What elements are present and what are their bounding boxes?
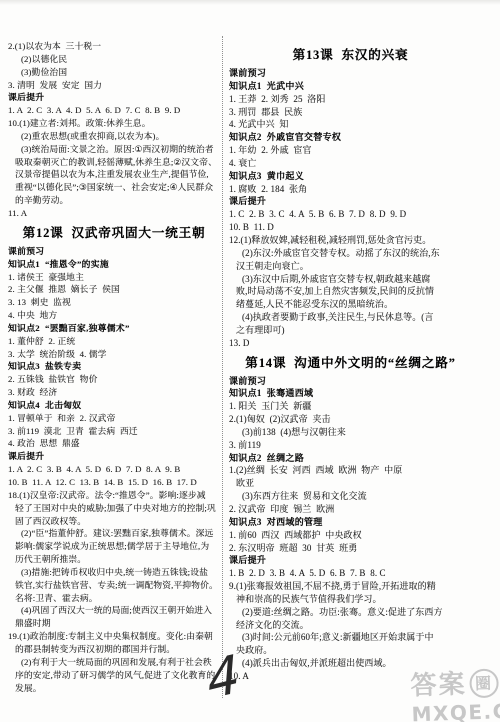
answer-line: 1. 董仲舒 2. 正统 (8, 335, 220, 348)
answer-subline: (4)巩固了西汉大一统的局面;使西汉王朝开始进入 (8, 604, 220, 617)
answer-line: 1. 阳关 玉门关 新疆 (229, 400, 472, 413)
answer-subline: (3)时间:公元前60年;意义:新疆地区开始隶属于中 (229, 631, 472, 644)
answer-line: 1. 诸侯王 豪强地主 (8, 271, 220, 284)
answer-line: 1. A 2. C 3. B 4. A 5. D 6. D 7. D 8. A … (8, 463, 220, 476)
answer-continuation: 铁官,实行盐铁官营、专卖;统一调配物资,平抑物价。 (8, 579, 220, 592)
answer-line: 18.(1)汉皇帝:汉武帝。法令:“推恩令”。影响:逐步减 (8, 489, 220, 502)
section-header: 课后提升 (229, 554, 472, 567)
watermark-brand: 答案 圈 (410, 667, 500, 701)
answer-continuation: 之有理即可) (229, 324, 472, 337)
watermark: 答案 圈 MXQE.COM (410, 667, 500, 722)
watermark-site: MXQE.COM (411, 700, 500, 722)
answer-line: 1. B 2. D 3. B 4. A 5. D 6. B 7. B 8. C (229, 567, 472, 580)
answer-line: 1. 冒顿单于 和亲 2. 汉武帝 (8, 412, 220, 425)
section-header: 课后提升 (229, 195, 472, 208)
lesson-12-title: 第12课 汉武帝巩固大一统王朝 (8, 220, 220, 245)
answer-continuation: 固了西汉政权等。 (8, 515, 220, 528)
handwritten-page-number: 4 (205, 648, 243, 708)
answer-line: 2. 东汉明帝 班超 30 甘英 班勇 (229, 542, 472, 555)
answer-continuation: 绪蔓延,人民不能忍受东汉的黑暗统治。 (229, 298, 472, 311)
answer-subline: (3)措施:把铸币权收归中央,统一铸造五铢钱;设盐 (8, 566, 220, 579)
answer-line: 3. 财政 经济 (8, 386, 220, 399)
answer-continuation: 央政府。 (229, 644, 472, 657)
answer-line: 10. B 11. D (229, 221, 472, 234)
answer-subline: (2)有利于大一统局面的巩固和发展,有利于社会秩 (8, 656, 220, 669)
answer-line: 13. D (229, 337, 472, 350)
answer-continuation: 汉王朝走向衰亡。 (229, 260, 472, 273)
knowledge-point-header: 知识点2 丝绸之路 (229, 452, 472, 465)
answer-continuation: 的辛勤劳动。 (8, 194, 220, 207)
answer-line: 1. C 2. B 3. C 4. A 5. B 6. B 7. D 8. D … (229, 208, 472, 221)
answer-line: 2.(1)以农为本 三十税一 (8, 40, 220, 53)
section-header: 课后提升 (8, 91, 220, 104)
answer-continuation: 轻了王国对中央的威胁;加强了中央对地方的控制;巩 (8, 502, 220, 515)
answer-line: 1. 前60 西汉 西域都护 中央政权 (229, 529, 472, 542)
answer-line: 4. 中央 地方 (8, 309, 220, 322)
answer-line: 4. 光武中兴 知 (229, 118, 472, 131)
answer-continuation: 汉景帝提倡以农为本,注重发展农业生产,提倡节俭, (8, 168, 220, 181)
column-divider (222, 36, 223, 698)
knowledge-point-header: 知识点3 对西域的管理 (229, 516, 472, 529)
answer-line: 1.(2)丝绸 长安 河西 西域 欧洲 物产 中原 (229, 464, 472, 477)
section-header: 课后提升 (8, 450, 220, 463)
section-header: 课前预习 (229, 375, 472, 388)
answer-line: 11. A (8, 207, 220, 220)
knowledge-point-header: 知识点4 北击匈奴 (8, 399, 220, 412)
answer-line: 19.(1)政治制度:专制主义中央集权制度。变化:由秦朝 (8, 630, 220, 643)
answer-line: 1. 腐败 2. 184 张角 (229, 183, 472, 196)
knowledge-point-header: 知识点2 “罢黜百家,独尊儒术” (8, 322, 220, 335)
answer-subline: (2)东汉:外戚宦官交替专权。动摇了东汉的统治,东 (229, 247, 472, 260)
answer-line: 3. 太学 统治阶级 4. 儒学 (8, 348, 220, 361)
lesson-13-title: 第13课 东汉的兴衰 (229, 42, 472, 67)
answer-subline: (3)统治局面:文景之治。原因:①西汉初期的统治者 (8, 143, 220, 156)
answer-line: 2. 汉武帝 印度 锡兰 欧洲 (229, 503, 472, 516)
watermark-circle-logo-icon: 圈 (469, 668, 499, 698)
answer-line: 12.(1)释放奴婢,减轻租税,减轻刑罚,惩处贪官污吏。 (229, 234, 472, 247)
answer-continuation: 重视“以德化民”;③国家统一、社会安定;④人民群众 (8, 181, 220, 194)
answer-subline: (3)东汉中后期,外戚宦官交替专权,朝政越来越腐 (229, 273, 472, 286)
answer-subline: (2)重农思想(或重农抑商,以农为本)。 (8, 130, 220, 143)
answer-line: 3. 前119 漠北 卫青 霍去病 西迁 (8, 425, 220, 438)
answer-continuation: 吸取秦朝灭亡的教训,轻徭薄赋,休养生息;②汉文帝、 (8, 156, 220, 169)
answer-subline: (3)前138 (4)想与汉朝往来 (229, 426, 472, 439)
answer-continuation: 序的安定,带动了研习儒学的风气,促进了文化教育的 (8, 669, 220, 682)
answer-subline: (2)“臣”指董仲舒。建议:罢黜百家,独尊儒术。深远 (8, 527, 220, 540)
answer-continuation: 名将:卫青、霍去病。 (8, 592, 220, 605)
answer-line: 2.(1)匈奴 (2)汉武帝 夹击 (229, 413, 472, 426)
scanned-answer-page: 2.(1)以农为本 三十税一(2)以德化民(3)勤俭治国3. 清明 发展 安定 … (0, 0, 500, 722)
answer-line: 4. 政治 思想 鼎盛 (8, 437, 220, 450)
answer-continuation: 神和崇高的民族气节值得我们学习。 (229, 593, 472, 606)
answer-line: 10.(1)建立者:刘邦。政策:休养生息。 (8, 117, 220, 130)
answer-line: 2. 主父偃 推恩 嫡长子 侯国 (8, 283, 220, 296)
answer-subline: (4)派兵出击匈奴,并派班超出使西域。 (229, 657, 472, 670)
answer-line: 1. 年幼 2. 外戚 宦官 (229, 144, 472, 157)
answer-line: 3. 刑罚 郡县 民族 (229, 106, 472, 119)
knowledge-point-header: 知识点3 黄巾起义 (229, 170, 472, 183)
answer-continuation: 败,时局动荡不安,加上自然灾害频发,民间的反抗情 (229, 285, 472, 298)
answer-line: 1. A 2. C 3. A 4. D 5. A 6. D 7. C 8. B … (8, 104, 220, 117)
knowledge-point-header: 知识点3 盐铁专卖 (8, 360, 220, 373)
answer-line: 3. 清明 发展 安定 国力 (8, 79, 220, 92)
knowledge-point-header: 知识点1 “推恩令”的实施 (8, 258, 220, 271)
answer-continuation: 发展。 (8, 682, 220, 695)
answer-continuation: 欧亚 (229, 477, 472, 490)
answer-line: 1. 王莽 2. 刘秀 25 洛阳 (229, 93, 472, 106)
lesson-14-title: 第14课 沟通中外文明的“丝绸之路” (229, 350, 472, 375)
knowledge-point-header: 知识点1 张骞通西域 (229, 387, 472, 400)
watermark-brand-text: 答案 (410, 671, 467, 699)
answer-line: 3. 13 刺史 监视 (8, 296, 220, 309)
answer-line: 10. B 11. A 12. C 13. B 14. B 15. D 16. … (8, 476, 220, 489)
section-header: 课前预习 (8, 245, 220, 258)
section-header: 课前预习 (229, 67, 472, 80)
answer-line: 2. 五铢钱 盐铁官 物价 (8, 373, 220, 386)
answer-continuation: 历代王朝所推崇。 (8, 553, 220, 566)
answer-subline: (2)要道:丝绸之路。功臣:张骞。意义:促进了东西方 (229, 606, 472, 619)
answer-line: 9.(1)张骞报效祖国,不屈不挠,勇于冒险,开拓进取的精 (229, 580, 472, 593)
answer-continuation: 影响:儒家学说成为正统思想;儒学居于主导地位,为 (8, 540, 220, 553)
answer-continuation: 的郡县制转变为西汉初期的郡国并行制。 (8, 643, 220, 656)
answer-subline: (3)勤俭治国 (8, 66, 220, 79)
answer-line: 3. 前119 (229, 439, 472, 452)
knowledge-point-header: 知识点1 光武中兴 (229, 80, 472, 93)
answer-line: 4. 衰亡 (229, 157, 472, 170)
right-column: 第13课 东汉的兴衰课前预习知识点1 光武中兴1. 王莽 2. 刘秀 25 洛阳… (229, 42, 472, 683)
answer-continuation: 鼎盛时期 (8, 617, 220, 630)
answer-continuation: 经济文化的交流。 (229, 619, 472, 632)
scan-top-edge (0, 0, 500, 5)
knowledge-point-header: 知识点2 外戚宦官交替专权 (229, 131, 472, 144)
answer-subline: (4)执政者要勤于政事,关注民生,与民休息等。(言 (229, 311, 472, 324)
answer-subline: (2)以德化民 (8, 53, 220, 66)
left-column: 2.(1)以农为本 三十税一(2)以德化民(3)勤俭治国3. 清明 发展 安定 … (8, 40, 220, 694)
answer-subline: (3)东西方往来 贸易和文化交流 (229, 490, 472, 503)
